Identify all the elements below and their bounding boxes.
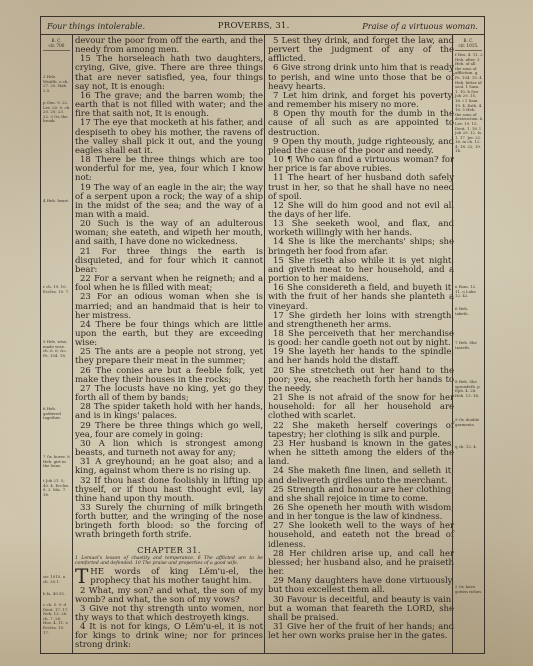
- margin-note: 8 Heb. She spreadeth. p Eph. 4. 28. Heb.…: [455, 380, 483, 398]
- verse: 10 ¶ Who can find a virtuous woman? for …: [268, 156, 454, 174]
- date-value: cir. 1015.: [455, 43, 482, 48]
- margin-note: n Rom. 12. 11. o Luke 12. 42.: [455, 285, 483, 299]
- margin-note: 9 Or, double garments.: [455, 418, 483, 427]
- page-frame: Four things intolerable. PROVERBS, 31. P…: [40, 16, 485, 654]
- date-value: cir. 700: [43, 43, 70, 48]
- verse: 3 Give not thy strength unto women, nor …: [75, 605, 263, 623]
- verse: 17 The eye that mocketh at his father, a…: [75, 119, 263, 156]
- verse: 9 Open thy mouth, judge righteously, and…: [268, 138, 454, 156]
- margin-note: cir. 1015. a ch. 30.1.: [43, 575, 71, 584]
- chapter-heading: CHAPTER 31.: [75, 545, 263, 555]
- left-margin-notes: B. C. cir. 700 2 Heb. Wealth. o ch. 27. …: [41, 35, 73, 653]
- verse: 15 She riseth also while it is yet night…: [268, 257, 454, 284]
- margin-note: t Job 21. 5; 40. 4. Eccles. 8. 3. Mic. 7…: [43, 479, 71, 497]
- verse-text: HE words of king Lĕm'u-el, the prophecy …: [90, 567, 263, 586]
- verse: 2 What, my son? and what, the son of my …: [75, 587, 263, 605]
- verse: 28 The spider taketh hold with her hands…: [75, 403, 263, 421]
- verse: 33 Surely the churning of milk bringeth …: [75, 504, 263, 541]
- verse: 17 She girdeth her loins with strength, …: [268, 312, 454, 330]
- verse: 24 There be four things which are little…: [75, 321, 263, 348]
- right-text-column: 5 Lest they drink, and forget the law, a…: [268, 37, 454, 641]
- verse: 19 She layeth her hands to the spindle, …: [268, 348, 454, 366]
- verse: 18 There be three things which are too w…: [75, 156, 263, 183]
- verse: 19 The way of an eagle in the air; the w…: [75, 184, 263, 221]
- verse: 26 She openeth her mouth with wisdom; an…: [268, 504, 454, 522]
- verse: THE words of king Lĕm'u-el, the prophecy…: [75, 568, 263, 586]
- margin-note: q ch. 12. 4.: [455, 445, 483, 450]
- verse: 14 She is like the merchants' ships; she…: [268, 238, 454, 256]
- verse: 30 Favour is deceitful, and beauty is va…: [268, 596, 454, 623]
- left-text-column: devour the poor from off the earth, and …: [75, 37, 263, 651]
- verse: 27 She looketh well to the ways of her h…: [268, 522, 454, 549]
- verse: 12 She will do him good and not evil all…: [268, 202, 454, 220]
- verse: 22 For a servant when he reigneth; and a…: [75, 275, 263, 293]
- verse: 22 She maketh herself coverings of tapes…: [268, 422, 454, 440]
- margin-note: 5 Heb. wise, made wise. ch. 6. 6, &c. Ps…: [43, 340, 71, 358]
- verse: 29 Many daughters have done virtuously, …: [268, 577, 454, 595]
- page-body: B. C. cir. 700 2 Heb. Wealth. o ch. 27. …: [41, 35, 484, 653]
- verse: 29 There be three things which go well, …: [75, 422, 263, 440]
- verse: 26 The conies are but a feeble folk, yet…: [75, 367, 263, 385]
- verse: 27 The locusts have no king, yet go they…: [75, 385, 263, 403]
- verse: 28 Her children arise up, and call her b…: [268, 550, 454, 577]
- verse: 7 Let him drink, and forget his poverty,…: [268, 92, 454, 110]
- verse: 15 The horseleach hath two daughters, cr…: [75, 55, 263, 92]
- right-date-box: B. C. cir. 1015.: [455, 38, 482, 51]
- verse: 16 The grave; and the barren womb; the e…: [75, 92, 263, 119]
- margin-note: f Hos. 4. 11. 2 Heb. alter. 3 Heb. of al…: [455, 53, 483, 154]
- verse: 30 A lion which is strongest among beast…: [75, 440, 263, 458]
- right-margin-notes: B. C. cir. 1015. f Hos. 4. 11. 2 Heb. al…: [452, 35, 484, 653]
- verse: 25 Strength and honour are her clothing;…: [268, 486, 454, 504]
- left-date-box: B. C. cir. 700: [43, 38, 70, 51]
- verse: 32 If thou hast done foolishly in liftin…: [75, 477, 263, 504]
- margin-note: 7 Or, horse. 8 Heb. girt in the loins.: [43, 455, 71, 469]
- margin-note: 4 Heb. heart.: [43, 199, 71, 204]
- chapter-summary: 1 Lemuel's lesson of chastity and temper…: [75, 556, 263, 567]
- verse: 31 A greyhound; an he goat also; and a k…: [75, 458, 263, 476]
- margin-note: p Gen. 9. 22. Lev. 20. 9. ch. 20. 20; 23…: [43, 101, 71, 124]
- margin-note: 7 Heb. She tasteth.: [455, 341, 483, 350]
- verse: 31 Give her of the fruit of her hands; a…: [268, 623, 454, 641]
- verse: 6 Give strong drink unto him that is rea…: [268, 64, 454, 91]
- verse: 18 She perceiveth that her merchandise i…: [268, 330, 454, 348]
- verse: 23 Her husband is known in the gates, wh…: [268, 440, 454, 467]
- margin-note: 2 Or, have gotten riches.: [455, 585, 483, 594]
- margin-note: b Is. 49.15.: [43, 592, 71, 597]
- margin-note: 6 Heb. gathered together.: [43, 407, 71, 421]
- running-header: Four things intolerable. PROVERBS, 31. P…: [41, 17, 484, 35]
- verse: 16 She considereth a field, and buyeth i…: [268, 284, 454, 311]
- header-right-topic: Praise of a virtuous woman.: [362, 21, 478, 31]
- verse: 5 Lest they drink, and forget the law, a…: [268, 37, 454, 64]
- verse: 11 The heart of her husband doth safely …: [268, 174, 454, 201]
- margin-note: c ch. 5. 9. d Deut. 17. 17. Neh. 13. 26.…: [43, 603, 71, 635]
- verse: 24 She maketh fine linen, and selleth it…: [268, 467, 454, 485]
- header-left-topic: Four things intolerable.: [47, 21, 145, 31]
- margin-note: 2 Heb. Wealth. o ch. 27. 20. Hab. 2.5.: [43, 75, 71, 93]
- verse: 21 For three things the earth is disquie…: [75, 248, 263, 275]
- margin-note: r ch. 19. 10. Eccles. 10. 7.: [43, 285, 71, 294]
- verse: 25 The ants are a people not strong, yet…: [75, 348, 263, 366]
- verse: 13 She seeketh wool, and flax, and worke…: [268, 220, 454, 238]
- verse: 21 She is not afraid of the snow for her…: [268, 394, 454, 421]
- verse: 20 Such is the way of an adulterous woma…: [75, 220, 263, 247]
- verse: 4 It is not for kings, O Lĕm'u-el, it is…: [75, 623, 263, 650]
- margin-note: 6 Heb. taketh.: [455, 307, 483, 316]
- drop-cap: T: [75, 568, 88, 585]
- header-book-chapter: PROVERBS, 31.: [218, 21, 290, 31]
- column-divider: [264, 35, 265, 653]
- verse: 20 She stretcheth out her hand to the po…: [268, 367, 454, 394]
- verse: devour the poor from off the earth, and …: [75, 37, 263, 55]
- verse: 8 Open thy mouth for the dumb in the cau…: [268, 110, 454, 137]
- verse: 23 For an odious woman when she is marri…: [75, 293, 263, 320]
